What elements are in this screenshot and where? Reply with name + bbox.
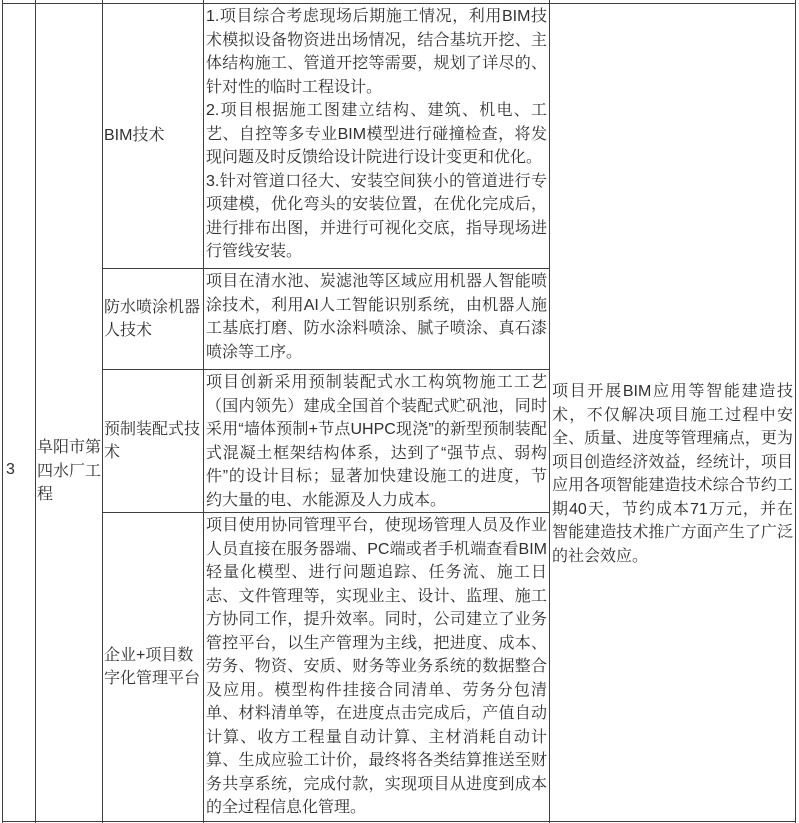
technology-name-cell: 防水喷涂机器人技术 — [103, 269, 204, 370]
technology-description-cell: 项目在清水池、炭滤池等区域应用机器人智能喷涂技术，利用AI人工智能识别系统，由机… — [204, 269, 550, 370]
project-index-cell: 3 — [3, 4, 36, 822]
project-name-cell: 阜阳市第四水厂工程 — [36, 4, 103, 822]
technology-description-cell: 项目创新采用预制装配式水工构筑物施工工艺（国内领先）建成全国首个装配式贮矾池，同… — [204, 370, 550, 513]
technology-name-cell: 预制装配式技术 — [103, 370, 204, 513]
technology-name-cell: 企业+项目数字化管理平台 — [103, 513, 204, 822]
technology-description-cell: 项目使用协同管理平台，使现场管理人员及作业人员直接在服务器端、PC端或者手机端查… — [204, 513, 550, 822]
project-summary-cell: 项目开展BIM应用等智能建造技术，不仅解决项目施工过程中安全、质量、进度等管理痛… — [550, 4, 796, 822]
project-technology-table: 3 阜阳市第四水厂工程 BIM技术 1.项目综合考虑现场后期施工情况，利用BIM… — [2, 3, 796, 822]
technology-name-cell: BIM技术 — [103, 4, 204, 269]
document-page: 3 阜阳市第四水厂工程 BIM技术 1.项目综合考虑现场后期施工情况，利用BIM… — [0, 0, 799, 823]
technology-description-cell: 1.项目综合考虑现场后期施工情况，利用BIM技术模拟设备物资进出场情况，结合基坑… — [204, 4, 550, 269]
